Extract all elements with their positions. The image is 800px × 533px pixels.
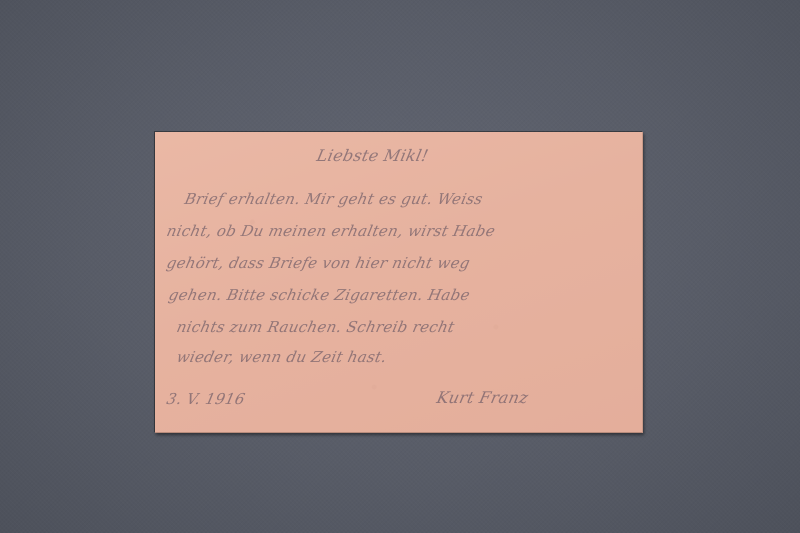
postcard-line-4: gehen. Bitte schicke Zigaretten. Habe	[167, 286, 472, 304]
postcard-line-1: Brief erhalten. Mir geht es gut. Weiss	[183, 190, 484, 208]
postcard-line-2: nicht, ob Du meinen erhalten, wirst Habe	[165, 222, 497, 240]
postcard-line-3: gehört, dass Briefe von hier nicht weg	[165, 254, 472, 272]
postcard-line-6: wieder, wenn du Zeit hast.	[175, 348, 389, 366]
postcard-line-5: nichts zum Rauchen. Schreib recht	[175, 318, 456, 336]
postcard: Liebste Mikl! Brief erhalten. Mir geht e…	[155, 132, 643, 433]
postcard-date: 3. V. 1916	[165, 390, 247, 408]
postcard-salutation: Liebste Mikl!	[315, 146, 430, 165]
postcard-signature: Kurt Franz	[435, 388, 530, 407]
